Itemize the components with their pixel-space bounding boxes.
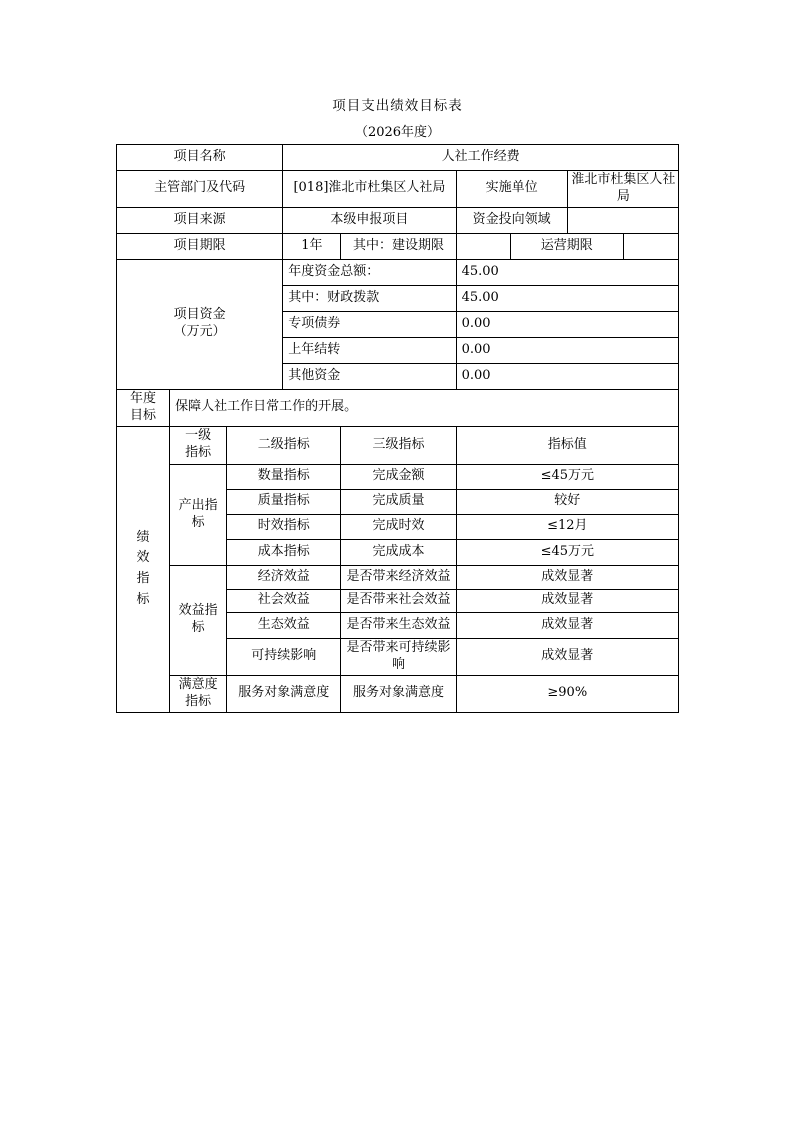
funding-bond-label: 专项债券 xyxy=(283,311,456,337)
build-period-value xyxy=(456,233,510,259)
perf-section-label: 绩效指标 xyxy=(117,426,170,712)
performance-target-form: 项目支出绩效目标表 （2026年度） 项目名称 人社工作经费 主管部门及代码 [… xyxy=(116,99,679,713)
perf-timeliness-value: ≤12月 xyxy=(456,514,678,539)
funding-fiscal-value: 45.00 xyxy=(456,285,678,311)
perf-satisfaction-level3: 服务对象满意度 xyxy=(341,675,456,712)
perf-economic-level3: 是否带来经济效益 xyxy=(341,565,456,589)
perf-quantity-value: ≤45万元 xyxy=(456,464,678,489)
perf-social-level3: 是否带来社会效益 xyxy=(341,589,456,612)
perf-timeliness-level2: 时效指标 xyxy=(227,514,341,539)
oper-period-value xyxy=(623,233,678,259)
funding-carryover-label: 上年结转 xyxy=(283,337,456,363)
perf-row-quantity: 产出指标 数量指标 完成金额 ≤45万元 xyxy=(117,464,679,489)
perf-cost-level2: 成本指标 xyxy=(227,539,341,565)
perf-group-output-text: 产出指标 xyxy=(177,498,219,532)
funding-fiscal-label: 其中：财政拨款 xyxy=(283,285,456,311)
perf-sustainable-level3-text: 是否带来可持续影响 xyxy=(344,640,453,674)
department-value: [018]淮北市杜集区人社局 xyxy=(283,171,456,208)
perf-quantity-level2: 数量指标 xyxy=(227,464,341,489)
perf-header-level1: 一级指标 xyxy=(170,426,227,464)
perf-row-economic: 效益指标 经济效益 是否带来经济效益 成效显著 xyxy=(117,565,679,589)
perf-cost-value: ≤45万元 xyxy=(456,539,678,565)
doc-title: 项目支出绩效目标表 xyxy=(116,99,679,114)
perf-header-level1-text: 一级指标 xyxy=(184,428,212,462)
perf-ecological-value: 成效显著 xyxy=(456,612,678,638)
perf-satisfaction-level2: 服务对象满意度 xyxy=(227,675,341,712)
annual-goal-label: 年度目标 xyxy=(117,389,170,426)
perf-section-label-text: 绩效指标 xyxy=(136,528,151,611)
perf-group-output: 产出指标 xyxy=(170,464,227,565)
row-funding-total: 项目资金（万元） 年度资金总额： 45.00 xyxy=(117,259,679,285)
row-project-name: 项目名称 人社工作经费 xyxy=(117,145,679,171)
row-period: 项目期限 1年 其中：建设期限 运营期限 xyxy=(117,233,679,259)
row-source: 项目来源 本级申报项目 资金投向领域 xyxy=(117,207,679,233)
perf-social-value: 成效显著 xyxy=(456,589,678,612)
funding-bond-value: 0.00 xyxy=(456,311,678,337)
perf-social-level2: 社会效益 xyxy=(227,589,341,612)
perf-header-level3: 三级指标 xyxy=(341,426,456,464)
row-perf-header: 绩效指标 一级指标 二级指标 三级指标 指标值 xyxy=(117,426,679,464)
implement-unit-value: 淮北市杜集区人社局 xyxy=(567,171,678,208)
invest-field-label: 资金投向领域 xyxy=(456,207,567,233)
perf-quantity-level3: 完成金额 xyxy=(341,464,456,489)
perf-timeliness-level3: 完成时效 xyxy=(341,514,456,539)
perf-sustainable-level3: 是否带来可持续影响 xyxy=(341,638,456,675)
perf-header-value: 指标值 xyxy=(456,426,678,464)
row-annual-goal: 年度目标 保障人社工作日常工作的开展。 xyxy=(117,389,679,426)
perf-group-benefit-text: 效益指标 xyxy=(177,603,219,637)
funding-other-value: 0.00 xyxy=(456,363,678,389)
source-label: 项目来源 xyxy=(117,207,283,233)
performance-target-table: 项目名称 人社工作经费 主管部门及代码 [018]淮北市杜集区人社局 实施单位 … xyxy=(116,144,679,713)
implement-unit-text: 淮北市杜集区人社局 xyxy=(569,172,678,206)
row-department: 主管部门及代码 [018]淮北市杜集区人社局 实施单位 淮北市杜集区人社局 xyxy=(117,171,679,208)
perf-quality-value: 较好 xyxy=(456,489,678,514)
source-value: 本级申报项目 xyxy=(283,207,456,233)
perf-sustainable-level2: 可持续影响 xyxy=(227,638,341,675)
funding-carryover-value: 0.00 xyxy=(456,337,678,363)
period-value: 1年 xyxy=(283,233,341,259)
annual-goal-label-text: 年度目标 xyxy=(129,391,157,425)
implement-unit-label: 实施单位 xyxy=(456,171,567,208)
perf-sustainable-value: 成效显著 xyxy=(456,638,678,675)
annual-goal-text: 保障人社工作日常工作的开展。 xyxy=(170,389,679,426)
perf-group-satisfaction-text: 满意度指标 xyxy=(177,677,219,711)
perf-ecological-level3: 是否带来生态效益 xyxy=(341,612,456,638)
funding-total-value: 45.00 xyxy=(456,259,678,285)
perf-group-benefit: 效益指标 xyxy=(170,565,227,675)
department-label: 主管部门及代码 xyxy=(117,171,283,208)
perf-quality-level3: 完成质量 xyxy=(341,489,456,514)
perf-row-satisfaction: 满意度指标 服务对象满意度 服务对象满意度 ≥90% xyxy=(117,675,679,712)
perf-economic-level2: 经济效益 xyxy=(227,565,341,589)
perf-cost-level3: 完成成本 xyxy=(341,539,456,565)
doc-subtitle: （2026年度） xyxy=(116,125,679,140)
project-name-value: 人社工作经费 xyxy=(283,145,679,171)
oper-period-label: 运营期限 xyxy=(510,233,623,259)
funding-section-label-text: 项目资金（万元） xyxy=(172,307,228,341)
perf-header-level2: 二级指标 xyxy=(227,426,341,464)
project-name-label: 项目名称 xyxy=(117,145,283,171)
perf-group-satisfaction: 满意度指标 xyxy=(170,675,227,712)
document-page: 项目支出绩效目标表 （2026年度） 项目名称 人社工作经费 主管部门及代码 [… xyxy=(0,0,793,1122)
funding-total-label: 年度资金总额： xyxy=(283,259,456,285)
invest-field-value xyxy=(567,207,678,233)
period-label: 项目期限 xyxy=(117,233,283,259)
perf-satisfaction-value: ≥90% xyxy=(456,675,678,712)
perf-economic-value: 成效显著 xyxy=(456,565,678,589)
perf-ecological-level2: 生态效益 xyxy=(227,612,341,638)
build-period-label: 其中：建设期限 xyxy=(341,233,456,259)
perf-quality-level2: 质量指标 xyxy=(227,489,341,514)
funding-section-label: 项目资金（万元） xyxy=(117,259,283,389)
funding-other-label: 其他资金 xyxy=(283,363,456,389)
